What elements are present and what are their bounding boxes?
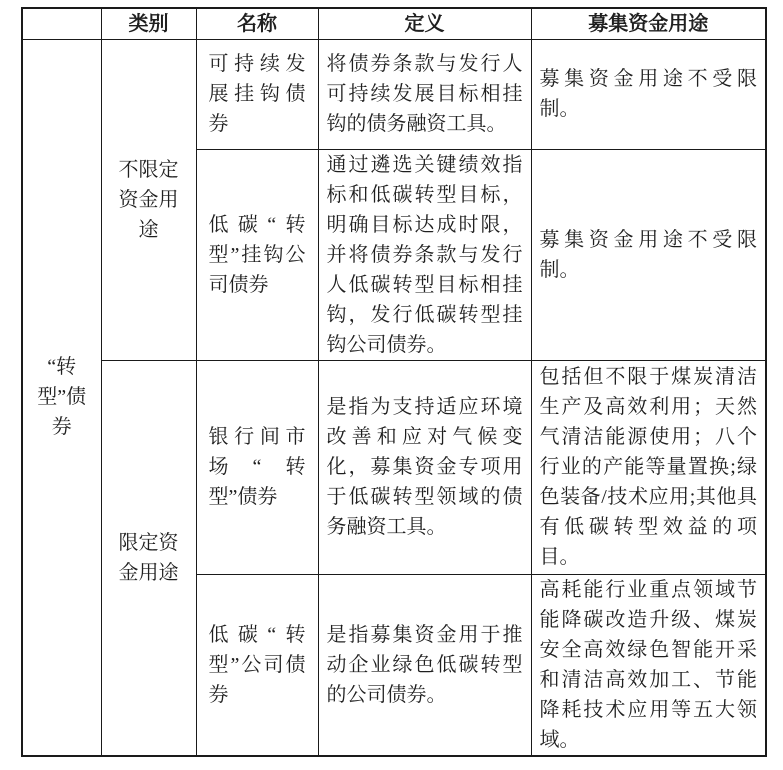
header-row: 类别 名称 定义 募集资金用途	[22, 8, 766, 39]
category-cell-unrestricted: 不限定资金用途	[101, 39, 196, 360]
definition-cell: 是指为支持适应环境改善和应对气候变化，募集资金专项用于低碳转型领域的债务融资工具…	[318, 360, 531, 574]
document-page: 类别 名称 定义 募集资金用途 “转型”债券 不限定资金用途 可持续发展挂钩债券…	[0, 0, 783, 770]
usage-cell: 募集资金用途不受限制。	[531, 39, 766, 149]
name-cell: 可持续发展挂钩债券	[196, 39, 318, 149]
header-usage: 募集资金用途	[531, 8, 766, 39]
name-cell: 银行间市场“转型”债券	[196, 360, 318, 574]
table-row: “转型”债券 不限定资金用途 可持续发展挂钩债券 将债券条款与发行人可持续发展目…	[22, 39, 766, 149]
header-name: 名称	[196, 8, 318, 39]
group-label-cell: “转型”债券	[22, 39, 101, 756]
transition-bond-table: 类别 名称 定义 募集资金用途 “转型”债券 不限定资金用途 可持续发展挂钩债券…	[21, 7, 767, 757]
header-category: 类别	[101, 8, 196, 39]
category-cell-restricted: 限定资金用途	[101, 360, 196, 756]
table-row: 限定资金用途 银行间市场“转型”债券 是指为支持适应环境改善和应对气候变化，募集…	[22, 360, 766, 574]
header-group	[22, 8, 101, 39]
name-cell: 低碳“转型”挂钩公司债券	[196, 149, 318, 360]
usage-cell: 募集资金用途不受限制。	[531, 149, 766, 360]
header-definition: 定义	[318, 8, 531, 39]
usage-cell: 高耗能行业重点领域节能降碳改造升级、煤炭安全高效绿色智能开采和清洁高效加工、节能…	[531, 574, 766, 756]
definition-cell: 是指募集资金用于推动企业绿色低碳转型的公司债券。	[318, 574, 531, 756]
definition-cell: 将债券条款与发行人可持续发展目标相挂钩的债务融资工具。	[318, 39, 531, 149]
definition-cell: 通过遴选关键绩效指标和低碳转型目标，明确目标达成时限，并将债券条款与发行人低碳转…	[318, 149, 531, 360]
usage-cell: 包括但不限于煤炭清洁生产及高效利用；天然气清洁能源使用；八个行业的产能等量置换;…	[531, 360, 766, 574]
name-cell: 低碳“转型”公司债券	[196, 574, 318, 756]
